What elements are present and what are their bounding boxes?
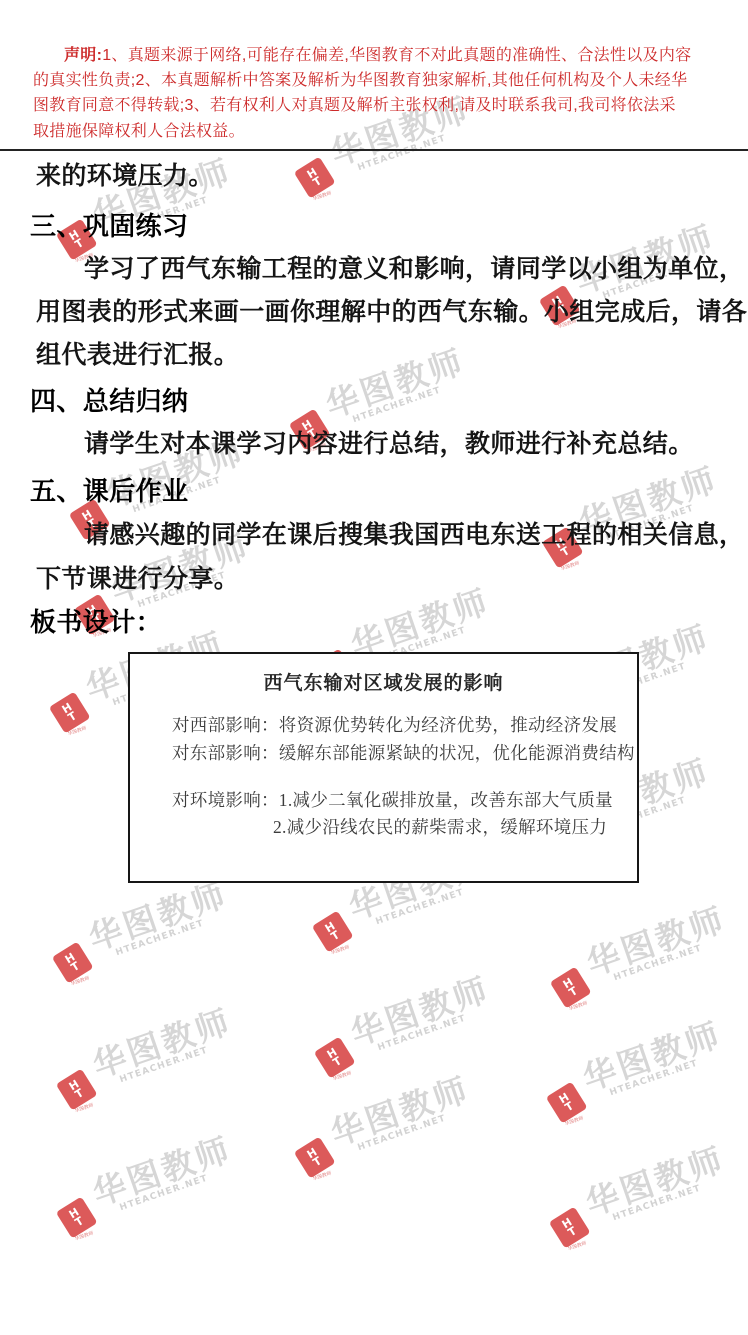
huatu-watermark: HT华图教师华图教师HTEACHER.NET — [318, 898, 494, 968]
body-line: 来的环境压力。 — [36, 161, 214, 191]
huatu-logo-letter-top: H — [560, 1217, 573, 1230]
watermark-brand-text: 华图教师 — [327, 1072, 474, 1151]
huatu-logo-column: HT华图教师 — [57, 1069, 101, 1120]
huatu-logo-letter-bottom: T — [567, 986, 579, 998]
huatu-logo-caption: 华图教师 — [312, 190, 332, 202]
watermark-domain-text: HTEACHER.NET — [351, 375, 471, 425]
board-line-environment: 对环境影响：1.减少二氧化碳排放量，改善东部大气质量 — [172, 787, 613, 812]
body-line: 用图表的形式来画一画你理解中的西气东输。小组完成后，请各 — [36, 297, 747, 327]
blackboard-design-box: 西气东输对区域发展的影响 对西部影响：将资源优势转化为经济优势，推动经济发展 对… — [128, 652, 639, 883]
watermark-text-column: 华图教师HTEACHER.NET — [85, 877, 235, 965]
watermark-text-column: 华图教师HTEACHER.NET — [579, 1017, 729, 1105]
watermark-text-column: 华图教师HTEACHER.NET — [347, 972, 497, 1060]
watermark-brand-text: 华图教师 — [579, 1017, 726, 1096]
watermark-domain-text: HTEACHER.NET — [118, 1163, 238, 1213]
board-title: 西气东输对区域发展的影响 — [130, 668, 637, 695]
section-heading-consolidation: 三、巩固练习 — [30, 211, 188, 241]
huatu-logo-letter-top: H — [63, 952, 76, 965]
huatu-logo-caption: 华图教师 — [560, 560, 580, 572]
disclaimer-line: 取措施保障权利人合法权益。 — [33, 122, 245, 142]
watermark-text-column: 华图教师HTEACHER.NET — [89, 1004, 239, 1092]
watermark-brand-text: 华图教师 — [89, 1132, 236, 1211]
disclaimer-text: 1、真题来源于网络,可能存在偏差,华图教育不对此真题的准确性、合法性以及内容 — [102, 47, 691, 64]
huatu-logo-column: HT华图教师 — [53, 942, 97, 993]
huatu-logo-letter-bottom: T — [566, 1226, 578, 1238]
huatu-logo-letter-bottom: T — [329, 930, 341, 942]
huatu-logo-letter-bottom: T — [311, 1156, 323, 1168]
huatu-watermark: HT华图教师华图教师HTEACHER.NET — [320, 1024, 496, 1094]
body-line: 组代表进行汇报。 — [36, 340, 239, 370]
huatu-watermark: HT华图教师华图教师HTEACHER.NET — [556, 954, 732, 1024]
huatu-logo-caption: 华图教师 — [70, 975, 90, 987]
document-page: HT华图教师华图教师HTEACHER.NETHT华图教师华图教师HTEACHER… — [0, 0, 748, 1335]
huatu-logo-column: HT华图教师 — [551, 967, 595, 1018]
watermark-brand-text: 华图教师 — [583, 902, 730, 981]
watermark-brand-text: 华图教师 — [89, 1004, 236, 1083]
watermark-domain-text: HTEACHER.NET — [118, 1035, 238, 1085]
huatu-logo-caption: 华图教师 — [564, 1115, 584, 1127]
header-divider — [0, 149, 748, 151]
huatu-logo-column: HT华图教师 — [313, 911, 357, 962]
huatu-logo-icon: HT — [56, 1068, 98, 1110]
huatu-logo-letter-top: H — [305, 1147, 318, 1160]
huatu-watermark-inner: HT华图教师华图教师HTEACHER.NET — [546, 904, 732, 1018]
huatu-logo-letter-top: H — [67, 1079, 80, 1092]
watermark-domain-text: HTEACHER.NET — [608, 1048, 729, 1098]
body-line: 下节课进行分享。 — [36, 564, 239, 594]
huatu-logo-column: HT华图教师 — [295, 157, 339, 208]
board-line-east: 对东部影响：缓解东部能源紧缺的状况，优化能源消费结构 — [172, 740, 635, 765]
huatu-logo-letter-top: H — [325, 1047, 338, 1060]
watermark-domain-text: HTEACHER.NET — [612, 933, 733, 983]
huatu-logo-letter-bottom: T — [69, 961, 81, 973]
huatu-logo-letter-bottom: T — [563, 1101, 575, 1113]
huatu-logo-icon: HT — [546, 1081, 588, 1123]
watermark-text-column: 华图教师HTEACHER.NET — [322, 344, 472, 432]
huatu-logo-caption: 华图教师 — [332, 1070, 352, 1082]
watermark-text-column: 华图教师HTEACHER.NET — [89, 1132, 239, 1220]
huatu-logo-caption: 华图教师 — [74, 1230, 94, 1242]
huatu-watermark-inner: HT华图教师华图教师HTEACHER.NET — [52, 1006, 238, 1120]
huatu-watermark: HT华图教师华图教师HTEACHER.NET — [555, 1194, 731, 1264]
huatu-logo-letter-top: H — [305, 167, 318, 180]
huatu-logo-icon: HT — [56, 1196, 98, 1238]
huatu-logo-column: HT华图教师 — [547, 1082, 591, 1133]
watermark-text-column: 华图教师HTEACHER.NET — [583, 902, 733, 990]
huatu-watermark-inner: HT华图教师华图教师HTEACHER.NET — [310, 974, 496, 1088]
watermark-text-column: 华图教师HTEACHER.NET — [327, 1072, 477, 1160]
huatu-logo-icon: HT — [314, 1036, 356, 1078]
huatu-watermark: HT华图教师华图教师HTEACHER.NET — [62, 1056, 238, 1126]
huatu-watermark-inner: HT华图教师华图教师HTEACHER.NET — [52, 1134, 238, 1248]
huatu-logo-column: HT华图教师 — [295, 1137, 339, 1188]
disclaimer-label: 声明: — [64, 47, 102, 64]
huatu-watermark-inner: HT华图教师华图教师HTEACHER.NET — [542, 1019, 728, 1133]
huatu-watermark: HT华图教师华图教师HTEACHER.NET — [300, 144, 476, 214]
watermark-text-column: 华图教师HTEACHER.NET — [582, 1142, 732, 1230]
watermark-domain-text: HTEACHER.NET — [376, 1003, 496, 1053]
huatu-logo-letter-top: H — [323, 921, 336, 934]
huatu-logo-caption: 华图教师 — [67, 725, 87, 737]
huatu-watermark: HT华图教师华图教师HTEACHER.NET — [300, 1124, 476, 1194]
watermark-domain-text: HTEACHER.NET — [611, 1173, 732, 1223]
huatu-logo-caption: 华图教师 — [568, 1000, 588, 1012]
huatu-logo-caption: 华图教师 — [74, 1102, 94, 1114]
watermark-brand-text: 华图教师 — [347, 972, 494, 1051]
huatu-logo-caption: 华图教师 — [330, 944, 350, 956]
section-heading-homework: 五、课后作业 — [30, 476, 188, 506]
huatu-watermark: HT华图教师华图教师HTEACHER.NET — [62, 1184, 238, 1254]
huatu-logo-column: HT华图教师 — [50, 692, 94, 743]
huatu-logo-letter-bottom: T — [73, 1216, 85, 1228]
board-line-environment-2: 2.减少沿线农民的薪柴需求，缓解环境压力 — [273, 814, 607, 839]
huatu-logo-letter-top: H — [67, 1207, 80, 1220]
huatu-logo-letter-bottom: T — [311, 176, 323, 188]
huatu-logo-icon: HT — [549, 1206, 591, 1248]
huatu-logo-icon: HT — [312, 910, 354, 952]
huatu-logo-icon: HT — [294, 1136, 336, 1178]
huatu-logo-letter-bottom: T — [73, 1088, 85, 1100]
huatu-logo-caption: 华图教师 — [312, 1170, 332, 1182]
huatu-watermark-inner: HT华图教师华图教师HTEACHER.NET — [290, 1074, 476, 1188]
huatu-logo-letter-bottom: T — [331, 1056, 343, 1068]
huatu-logo-column: HT华图教师 — [550, 1207, 594, 1258]
huatu-logo-column: HT华图教师 — [57, 1197, 101, 1248]
disclaimer-line: 图教育同意不得转载;3、若有权利人对真题及解析主张权利,请及时联系我司,我司将依… — [33, 96, 676, 116]
huatu-logo-icon: HT — [294, 156, 336, 198]
watermark-domain-text: HTEACHER.NET — [374, 877, 494, 927]
huatu-logo-column: HT华图教师 — [315, 1037, 359, 1088]
huatu-logo-icon: HT — [49, 691, 91, 733]
huatu-logo-letter-bottom: T — [66, 711, 78, 723]
body-line: 请感兴趣的同学在课后搜集我国西电东送工程的相关信息， — [84, 520, 744, 550]
huatu-logo-icon: HT — [550, 966, 592, 1008]
huatu-watermark-inner: HT华图教师华图教师HTEACHER.NET — [545, 1144, 731, 1258]
huatu-logo-icon: HT — [52, 941, 94, 983]
section-heading-board-design: 板书设计： — [30, 607, 162, 637]
huatu-watermark-inner: HT华图教师华图教师HTEACHER.NET — [48, 879, 234, 993]
huatu-logo-letter-top: H — [60, 702, 73, 715]
huatu-logo-caption: 华图教师 — [567, 1240, 587, 1252]
watermark-domain-text: HTEACHER.NET — [114, 908, 234, 958]
watermark-brand-text: 华图教师 — [322, 344, 469, 423]
watermark-brand-text: 华图教师 — [85, 877, 232, 956]
body-line: 请学生对本课学习内容进行总结，教师进行补充总结。 — [84, 429, 694, 459]
huatu-logo-letter-top: H — [557, 1092, 570, 1105]
disclaimer-line: 声明:1、真题来源于网络,可能存在偏差,华图教育不对此真题的准确性、合法性以及内… — [64, 46, 691, 66]
watermark-domain-text: HTEACHER.NET — [356, 1103, 476, 1153]
disclaimer-line: 的真实性负责;2、本真题解析中答案及解析为华图教育独家解析,其他任何机构及个人未… — [33, 71, 687, 91]
huatu-logo-letter-top: H — [561, 977, 574, 990]
watermark-brand-text: 华图教师 — [582, 1142, 729, 1221]
board-line-west: 对西部影响：将资源优势转化为经济优势，推动经济发展 — [172, 712, 617, 737]
huatu-watermark: HT华图教师华图教师HTEACHER.NET — [58, 929, 234, 999]
section-heading-summary: 四、总结归纳 — [30, 386, 188, 416]
body-line: 学习了西气东输工程的意义和影响，请同学以小组为单位， — [84, 254, 744, 284]
huatu-watermark: HT华图教师华图教师HTEACHER.NET — [552, 1069, 728, 1139]
